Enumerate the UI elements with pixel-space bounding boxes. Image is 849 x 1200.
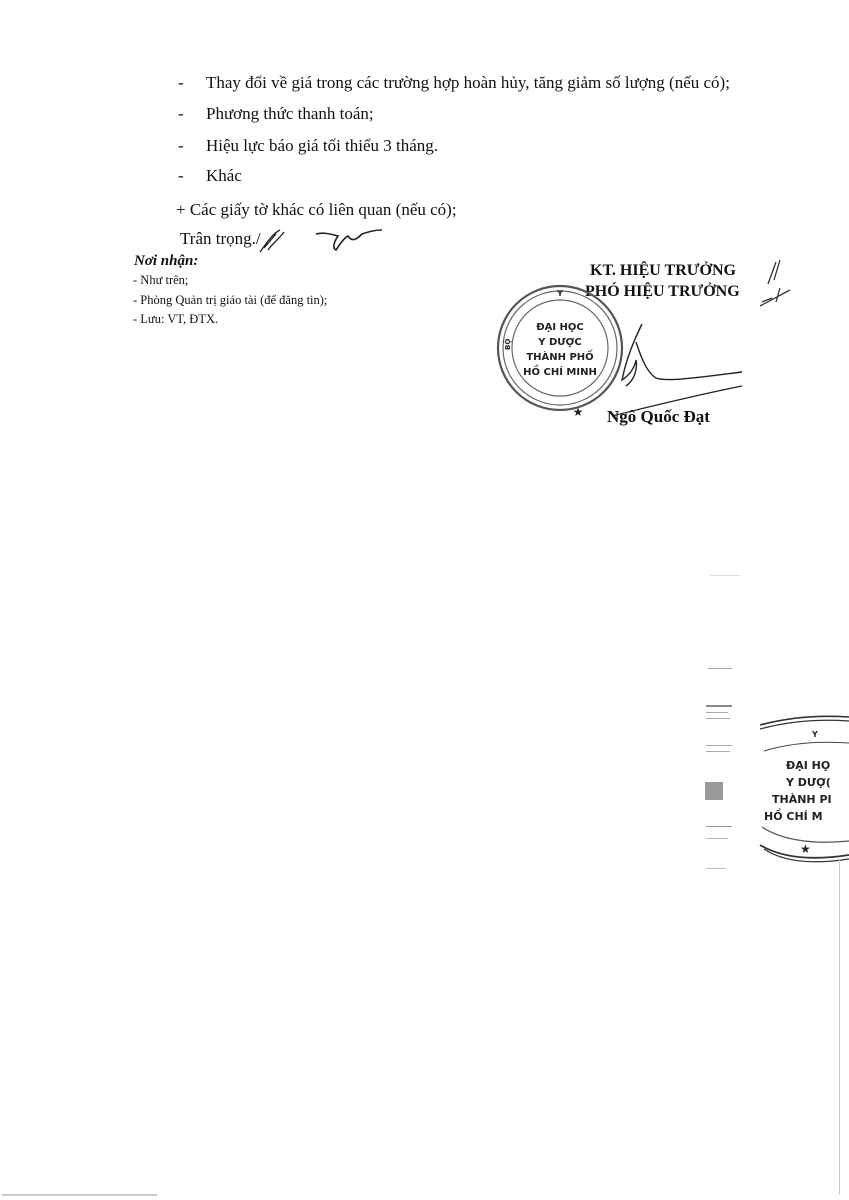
scan-edge-line [2, 1194, 157, 1196]
signature-title-line1: KT. HIỆU TRƯỞNG [590, 262, 736, 280]
bullet-text: Hiệu lực báo giá tối thiểu 3 tháng. [206, 136, 438, 155]
scan-artifact [706, 712, 728, 713]
scan-artifact [708, 668, 732, 669]
edge-stamp-line: HỒ CHÍ M [764, 808, 823, 823]
bullet-marker: - [178, 73, 206, 93]
stamp-side-letter: BỘ [503, 339, 512, 350]
scan-artifact [706, 868, 726, 869]
signer-name: Ngô Quốc Đạt [607, 407, 710, 427]
stamp-line: THÀNH PHỐ [526, 348, 593, 363]
bullet-marker: - [178, 166, 206, 186]
edge-stamp-line: THÀNH PI [772, 793, 832, 806]
scan-artifact [706, 745, 732, 746]
bullet-item: -Thay đổi về giá trong các trường hợp ho… [178, 73, 730, 93]
stamp-line: HỒ CHÍ MINH [523, 363, 597, 378]
initials-signature-icon [258, 224, 388, 258]
edge-stamp-line: ĐẠI HỌ [786, 759, 830, 772]
edge-stamp-fragment-icon: Y ĐẠI HỌ Y DƯỢ( THÀNH PI HỒ CHÍ M ★ [760, 715, 849, 875]
approval-mark-icon [756, 258, 806, 308]
recipient-item: - Lưu: VT, ĐTX. [133, 312, 218, 327]
scan-artifact [706, 838, 728, 839]
scan-edge-line [839, 860, 840, 1195]
other-documents-item: + Các giấy tờ khác có liên quan (nếu có)… [176, 200, 457, 220]
handwritten-signature-icon [612, 320, 752, 420]
edge-stamp-top-letter: Y [811, 730, 818, 739]
scan-artifact [706, 705, 732, 707]
bullet-text: Phương thức thanh toán; [206, 104, 374, 123]
recipient-item: - Phòng Quản trị giáo tài (để đăng tin); [133, 293, 327, 308]
bullet-marker: - [178, 104, 206, 124]
closing-text: Trân trọng./ [180, 229, 261, 249]
bullet-marker: - [178, 136, 206, 156]
official-stamp-icon: Y BỘ ĐẠI HỌC Y DƯỢC THÀNH PHỐ HỒ CHÍ MIN… [496, 280, 626, 420]
recipient-item: - Như trên; [133, 273, 188, 288]
stamp-star: ★ [573, 405, 584, 419]
scan-artifact [706, 751, 730, 752]
bullet-text: Khác [206, 166, 242, 185]
stamp-line: ĐẠI HỌC [536, 322, 584, 333]
edge-stamp-star: ★ [800, 842, 811, 856]
stamp-top-letter: Y [556, 289, 563, 298]
scan-artifact [706, 826, 732, 827]
scan-artifact [710, 575, 740, 576]
stamp-line: Y DƯỢC [537, 337, 581, 348]
scan-artifact [706, 718, 730, 719]
edge-stamp-line: Y DƯỢ( [785, 776, 831, 789]
document-page: -Thay đổi về giá trong các trường hợp ho… [0, 0, 849, 1200]
bullet-item: -Khác [178, 166, 242, 186]
recipients-title: Nơi nhận: [134, 253, 198, 270]
bullet-item: -Hiệu lực báo giá tối thiểu 3 tháng. [178, 136, 438, 156]
bullet-item: -Phương thức thanh toán; [178, 104, 374, 124]
bullet-text: Thay đổi về giá trong các trường hợp hoà… [206, 73, 730, 92]
scan-artifact [705, 782, 723, 800]
